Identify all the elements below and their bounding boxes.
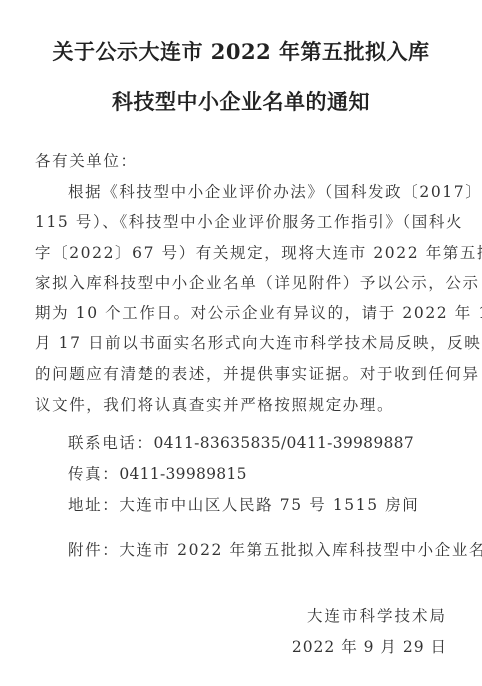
document-title-line-2: 科技型中小企业名单的通知	[0, 89, 482, 115]
body-paragraph-line: 期为 10 个工作日。对公示企业有异议的，请于 2022 年 10	[35, 303, 449, 323]
body-paragraph-line: 根据《科技型中小企业评价办法》（国科发政〔2017〕	[68, 182, 449, 202]
signature-date: 2022 年 9 月 29 日	[292, 637, 447, 657]
contact-fax-value: 0411-39989815	[119, 465, 246, 483]
salutation: 各有关单位：	[35, 151, 138, 171]
attachment-value: 大连市 2022 年第五批拟入库科技型中小企业名单	[119, 541, 482, 559]
contact-fax-label: 传真：	[68, 465, 119, 483]
body-paragraph-line: 月 17 日前以书面实名形式向大连市科学技术局反映，反映	[35, 333, 449, 353]
contact-address: 地址：大连市中山区人民路 75 号 1515 房间	[68, 495, 419, 515]
body-paragraph-line: 议文件，我们将认真查实并严格按照规定办理。	[35, 395, 394, 415]
body-paragraph-line: 的问题应有清楚的表述，并提供事实证据。对于收到任何异	[35, 364, 449, 384]
attachment-line: 附件：大连市 2022 年第五批拟入库科技型中小企业名单	[68, 540, 482, 560]
attachment-label: 附件：	[68, 541, 119, 559]
contact-address-label: 地址：	[68, 496, 119, 514]
document-title-line-1: 关于公示大连市 2022 年第五批拟入库	[0, 39, 482, 65]
body-paragraph-line: 115 号）、《科技型中小企业评价服务工作指引》（国科火	[35, 212, 449, 232]
contact-fax: 传真：0411-39989815	[68, 464, 247, 484]
body-paragraph-line: 字〔2022〕67 号）有关规定，现将大连市 2022 年第五批 305	[35, 243, 449, 263]
contact-address-value: 大连市中山区人民路 75 号 1515 房间	[119, 496, 419, 514]
contact-phone-value: 0411-83635835/0411-39989887	[154, 434, 414, 452]
signature-organization: 大连市科学技术局	[307, 606, 447, 626]
notice-document: 关于公示大连市 2022 年第五批拟入库 科技型中小企业名单的通知 各有关单位：…	[0, 0, 482, 686]
contact-phone: 联系电话：0411-83635835/0411-39989887	[68, 433, 414, 453]
contact-phone-label: 联系电话：	[68, 434, 154, 452]
body-paragraph-line: 家拟入库科技型中小企业名单（详见附件）予以公示，公示	[35, 273, 449, 293]
